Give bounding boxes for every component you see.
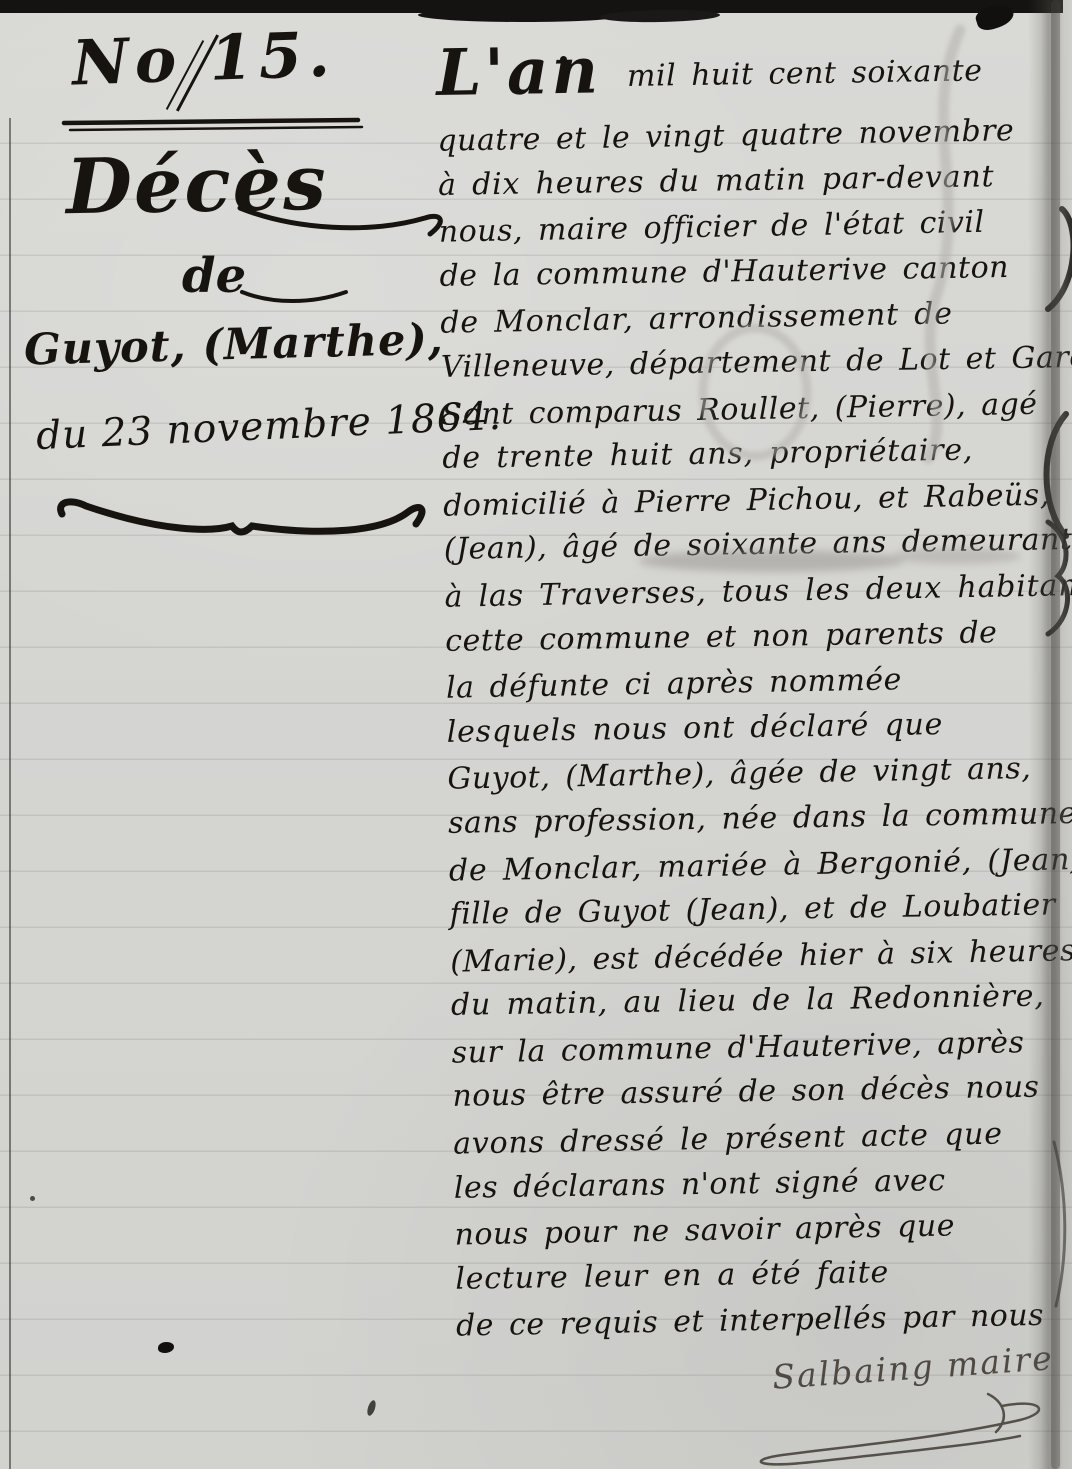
signature-paraph	[752, 1392, 1062, 1469]
manuscript-line: de ce requis et interpellés par nous	[456, 1293, 1072, 1350]
scan-top-edge-blob	[418, 8, 628, 22]
page-fold	[1028, 0, 1072, 1469]
brace-flourish	[52, 492, 432, 544]
ink-bleedthrough	[690, 320, 830, 470]
swash-flourish	[240, 200, 450, 240]
opening-word: L'an	[436, 33, 602, 111]
swash-flourish	[242, 286, 352, 308]
ink-bleedthrough	[900, 30, 990, 460]
page-fold-crease	[1051, 0, 1060, 1469]
margin-date: du 23 novembre 1864.	[35, 394, 502, 459]
graphite-smudge	[638, 550, 904, 572]
page-left-rule	[9, 118, 11, 1469]
ink-blot	[560, 56, 567, 63]
ink-blot	[30, 1196, 35, 1201]
ink-blot	[158, 1342, 174, 1353]
mayor-signature: Salbaing maire	[771, 1338, 1055, 1397]
margin-connector: de	[182, 248, 246, 304]
ink-blot	[366, 1399, 378, 1416]
graphite-smudge	[892, 548, 1022, 564]
register-page: No 15. Décès de Guyot, (Marthe), du 23 n…	[0, 0, 1072, 1469]
double-underline	[62, 118, 362, 134]
deceased-name: Guyot, (Marthe),	[23, 315, 444, 376]
